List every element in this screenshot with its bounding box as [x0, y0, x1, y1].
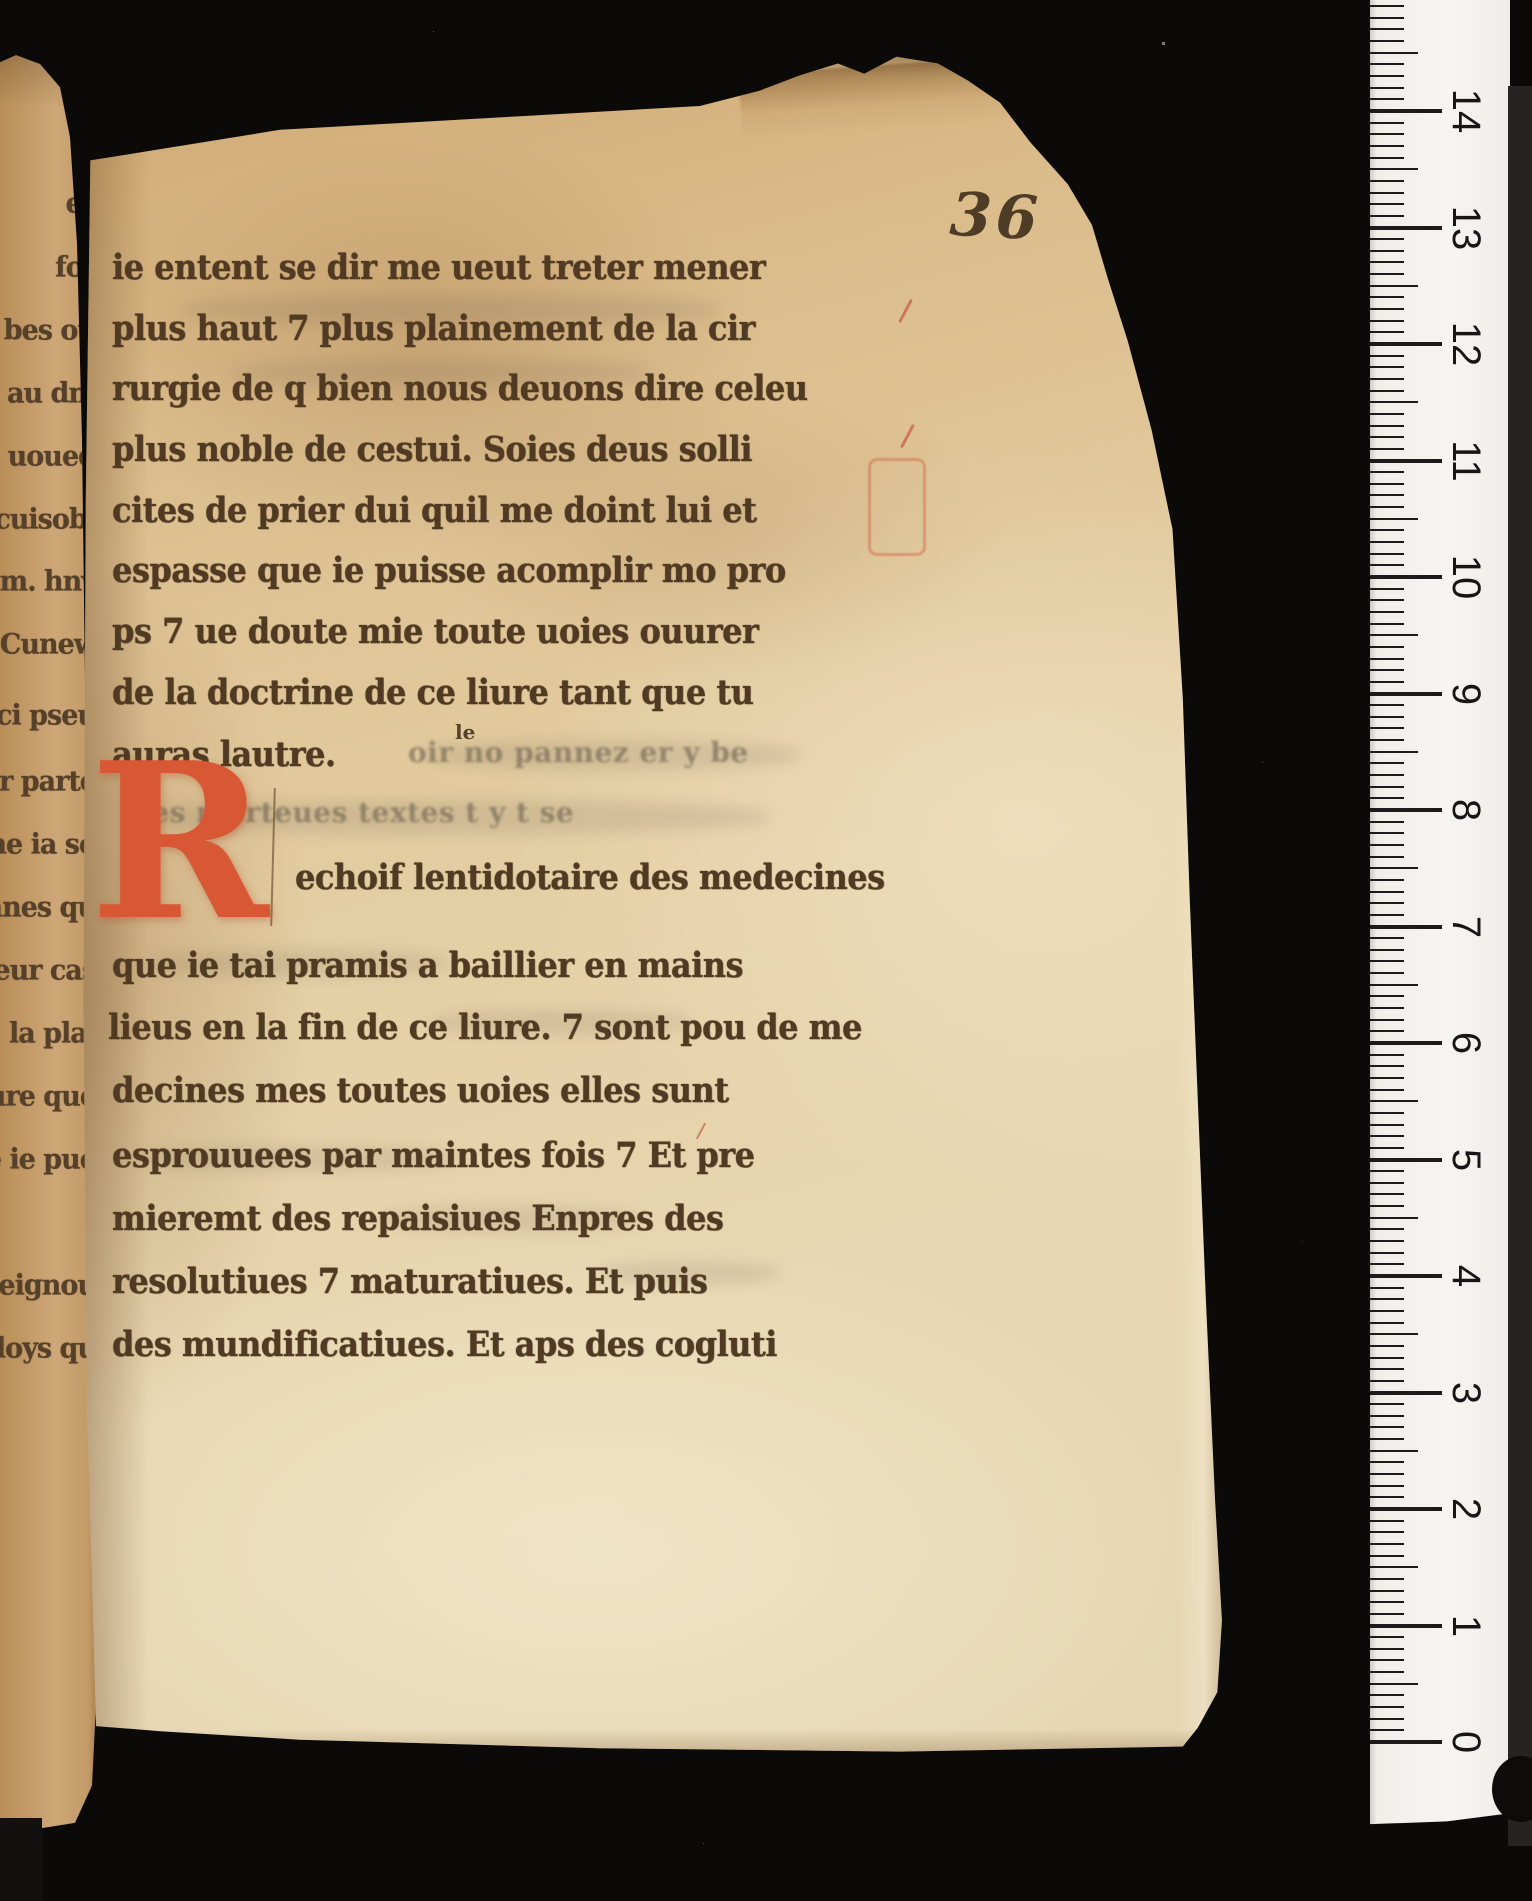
- ruler-mm-tick: [1370, 1007, 1404, 1009]
- ruler-mm-tick: [1370, 518, 1418, 520]
- ruler-mm-tick: [1370, 320, 1404, 322]
- ruler-mm-tick: [1370, 553, 1404, 555]
- ruler-mm-tick: [1370, 1100, 1418, 1102]
- ruler-mm-tick: [1370, 727, 1404, 729]
- ruler-mm-tick: [1370, 215, 1404, 217]
- ruler-mm-tick: [1370, 436, 1404, 438]
- ruler-number: 9: [1444, 672, 1488, 716]
- ruler-mm-tick: [1370, 448, 1404, 450]
- ruler-mm-tick: [1370, 1298, 1404, 1300]
- ruler-mm-tick: [1370, 1438, 1404, 1440]
- ruler-mm-tick: [1370, 1205, 1404, 1207]
- ruler-mm-tick: [1370, 1182, 1404, 1184]
- text-line: decines mes toutes uoies elles sunt: [112, 1069, 729, 1110]
- ruler-mm-tick: [1370, 40, 1404, 42]
- ruler-mm-tick: [1370, 17, 1404, 19]
- ruler-mm-tick: [1370, 122, 1404, 124]
- ruler-mm-tick: [1370, 157, 1404, 159]
- ruler-number: 13: [1444, 206, 1488, 250]
- decorated-initial-R: R: [90, 758, 269, 926]
- ruler-number: 6: [1444, 1021, 1488, 1065]
- previous-page-text-fragment: e loys qu: [0, 1332, 96, 1365]
- ruler-mm-tick: [1370, 1089, 1404, 1091]
- ruler-mm-tick: [1370, 972, 1404, 974]
- ruler-mm-tick: [1370, 425, 1404, 427]
- ruler-mm-tick: [1370, 261, 1404, 263]
- ruler-mm-tick: [1370, 1030, 1404, 1032]
- red-line-filler-mark: [898, 299, 913, 323]
- previous-page-text-fragment: e Cunew: [0, 628, 96, 661]
- ruler-mm-tick: [1370, 879, 1404, 881]
- ruler-cm-tick: [1370, 808, 1442, 812]
- ruler-cm-tick: [1370, 459, 1442, 463]
- ruler-mm-tick: [1370, 203, 1404, 205]
- ruler-mm-tick: [1370, 1310, 1404, 1312]
- ruler-mm-tick: [1370, 891, 1404, 893]
- ruler-mm-tick: [1370, 52, 1418, 54]
- ruler-mm-tick: [1370, 1380, 1404, 1382]
- ruler-cm-tick: [1370, 1624, 1442, 1628]
- ruler-mm-tick: [1370, 1217, 1418, 1219]
- ruler-mm-tick: [1370, 413, 1404, 415]
- ruler-mm-tick: [1370, 902, 1404, 904]
- ruler-mm-tick: [1370, 308, 1404, 310]
- ruler-mm-tick: [1370, 960, 1404, 962]
- interlinear-correction: le: [455, 720, 475, 744]
- dust-specks: [0, 0, 1, 1]
- ruler-mm-tick: [1370, 1450, 1418, 1452]
- ruler-number: 14: [1444, 89, 1488, 133]
- ruler-number: 12: [1444, 322, 1488, 366]
- ruler-mm-tick: [1370, 832, 1404, 834]
- ruler-mm-tick: [1370, 285, 1418, 287]
- ruler-mm-tick: [1370, 867, 1418, 869]
- ruler-mm-tick: [1370, 401, 1418, 403]
- ruler-mm-tick: [1370, 611, 1404, 613]
- ruler-mm-tick: [1370, 1019, 1404, 1021]
- ruler-mm-tick: [1370, 856, 1404, 858]
- ruler-mm-tick: [1370, 786, 1404, 788]
- ruler-mm-tick: [1370, 1578, 1404, 1580]
- ruler-mm-tick: [1370, 1426, 1404, 1428]
- ruler-mm-tick: [1370, 1636, 1404, 1638]
- ruler-mm-tick: [1370, 681, 1404, 683]
- ruler-cm-tick: [1370, 1158, 1442, 1162]
- ruler-cm-tick: [1370, 575, 1442, 579]
- ruler-mm-tick: [1370, 1613, 1404, 1615]
- ruler-backing-strip: [1508, 86, 1532, 1846]
- ruler-mm-tick: [1370, 1147, 1404, 1149]
- ruler-mm-tick: [1370, 192, 1404, 194]
- ruler-mm-tick: [1370, 1322, 1404, 1324]
- ruler-mm-tick: [1370, 483, 1404, 485]
- text-line: ps 7 ue doute mie toute uoies ouurer: [112, 610, 758, 651]
- manuscript-page: ie entent se dir me ueut treter menerplu…: [80, 55, 1230, 1755]
- ruler-mm-tick: [1370, 564, 1404, 566]
- ruler-mm-tick: [1370, 704, 1404, 706]
- ruler-cm-tick: [1370, 1391, 1442, 1395]
- ruler-mm-tick: [1370, 658, 1404, 660]
- ruler-mm-tick: [1370, 296, 1404, 298]
- previous-page-text-fragment: m uoued: [0, 440, 96, 473]
- ruler-mm-tick: [1370, 1590, 1404, 1592]
- ruler-mm-tick: [1370, 366, 1404, 368]
- ruler-mm-tick: [1370, 1555, 1404, 1557]
- ruler-mm-tick: [1370, 98, 1404, 100]
- ruler-mm-tick: [1370, 1531, 1404, 1533]
- ruler-mm-tick: [1370, 1403, 1404, 1405]
- ruler-number: 10: [1444, 555, 1488, 599]
- ruler-mm-tick: [1370, 995, 1404, 997]
- ruler-mm-tick: [1370, 739, 1404, 741]
- text-line: rurgie de q bien nous deuons dire celeu: [112, 367, 808, 408]
- ruler-mm-tick: [1370, 774, 1404, 776]
- ruler-mm-tick: [1370, 1054, 1404, 1056]
- ruler-cm-tick: [1370, 925, 1442, 929]
- ruler-mm-tick: [1370, 914, 1404, 916]
- ruler: 01234567891011121314: [1370, 0, 1510, 1826]
- ruler-mm-tick: [1370, 599, 1404, 601]
- ruler-cm-tick: [1370, 1274, 1442, 1278]
- previous-page-text-fragment: ure que: [0, 1080, 96, 1113]
- ruler-mm-tick: [1370, 821, 1404, 823]
- ruler-mm-tick: [1370, 1124, 1404, 1126]
- ruler-mm-tick: [1370, 331, 1404, 333]
- previous-page-text-fragment: n leur cas: [0, 954, 96, 987]
- ruler-mm-tick: [1370, 355, 1404, 357]
- previous-page-text-fragment: e cuisobi: [0, 503, 96, 536]
- red-margin-scribble: [868, 458, 926, 556]
- ruler-cm-tick: [1370, 1507, 1442, 1511]
- text-line: cites de prier dui quil me doint lui et: [112, 489, 756, 530]
- ruler-mm-tick: [1370, 1252, 1404, 1254]
- ruler-mm-tick: [1370, 1683, 1418, 1685]
- text-line: de la doctrine de ce liure tant que tu: [112, 671, 753, 712]
- ruler-mm-tick: [1370, 1193, 1404, 1195]
- ruler-mm-tick: [1370, 1485, 1404, 1487]
- ruler-number: 1: [1444, 1604, 1488, 1648]
- ruler-mm-tick: [1370, 168, 1418, 170]
- ruler-mm-tick: [1370, 623, 1404, 625]
- ruler-mm-tick: [1370, 984, 1418, 986]
- ruler-mm-tick: [1370, 494, 1404, 496]
- red-line-filler-mark: [900, 424, 915, 448]
- ruler-mm-tick: [1370, 1648, 1404, 1650]
- ruler-cm-tick: [1370, 342, 1442, 346]
- previous-page-text-fragment: seignou: [0, 1269, 96, 1302]
- previous-page-text-fragment: nnes qu: [0, 891, 96, 924]
- ruler-mm-tick: [1370, 1240, 1404, 1242]
- ruler-mm-tick: [1370, 75, 1404, 77]
- photo-background: esforbes ougle au dmm uouede cuisobipm. …: [0, 0, 1532, 1901]
- ruler-mm-tick: [1370, 1357, 1404, 1359]
- ruler-mm-tick: [1370, 588, 1404, 590]
- ruler-cm-tick: [1370, 109, 1442, 113]
- previous-page-text-fragment: ir parte: [0, 765, 96, 798]
- ruler-mm-tick: [1370, 949, 1404, 951]
- ruler-number: 11: [1444, 439, 1488, 483]
- ruler-mm-tick: [1370, 1659, 1404, 1661]
- ruler-mm-tick: [1370, 238, 1404, 240]
- previous-page-text-fragment: me ia so: [0, 828, 96, 861]
- text-line: mieremt des repaisiues Enpres des: [112, 1197, 723, 1238]
- bottom-left-strip: [0, 1818, 42, 1901]
- ruler-mm-tick: [1370, 1287, 1404, 1289]
- text-line: esprouuees par maintes fois 7 Et pre: [112, 1134, 755, 1175]
- ruler-mm-tick: [1370, 716, 1404, 718]
- previous-page-text-fragment: bes ou: [4, 314, 96, 347]
- previous-page-text-fragment: pm. hnv: [0, 565, 96, 598]
- ruler-mm-tick: [1370, 145, 1404, 147]
- ruler-number: 2: [1444, 1487, 1488, 1531]
- ruler-mm-tick: [1370, 937, 1404, 939]
- previous-page-text-fragment: es ci pseu: [0, 699, 96, 732]
- text-line: resolutiues 7 maturatiues. Et puis: [112, 1260, 707, 1301]
- ruler-mm-tick: [1370, 250, 1404, 252]
- ruler-mm-tick: [1370, 1135, 1404, 1137]
- ruler-number: 3: [1444, 1371, 1488, 1415]
- ruler-mm-tick: [1370, 5, 1404, 7]
- text-line: lieus en la fin de ce liure. 7 sont pou …: [108, 1006, 862, 1047]
- text-line: plus noble de cestui. Soies deus solli: [112, 428, 752, 469]
- ruler-mm-tick: [1370, 273, 1404, 275]
- ruler-mm-tick: [1370, 1718, 1404, 1720]
- text-line: espasse que ie puisse acomplir mo pro: [112, 549, 786, 590]
- ruler-mm-tick: [1370, 1694, 1404, 1696]
- ruler-mm-tick: [1370, 541, 1404, 543]
- ruler-cm-tick: [1370, 226, 1442, 230]
- ruler-mm-tick: [1370, 1345, 1404, 1347]
- ruler-mm-tick: [1370, 471, 1404, 473]
- ruler-mm-tick: [1370, 1263, 1404, 1265]
- ruler-mm-tick: [1370, 1077, 1404, 1079]
- ruler-mm-tick: [1370, 1065, 1404, 1067]
- ruler-mm-tick: [1370, 1461, 1404, 1463]
- ruler-number: 4: [1444, 1254, 1488, 1298]
- ruler-mm-tick: [1370, 844, 1404, 846]
- ruler-mm-tick: [1370, 634, 1418, 636]
- ruler-mm-tick: [1370, 1566, 1418, 1568]
- ruler-mm-tick: [1370, 506, 1404, 508]
- ruler-mm-tick: [1370, 133, 1404, 135]
- ruler-mm-tick: [1370, 529, 1404, 531]
- text-line: des mundificatiues. Et aps des cogluti: [112, 1323, 777, 1364]
- ruler-number: 8: [1444, 788, 1488, 832]
- ruler-number: 5: [1444, 1138, 1488, 1182]
- ruler-mm-tick: [1370, 1706, 1404, 1708]
- ruler-number: 0: [1444, 1720, 1488, 1764]
- text-line: ie entent se dir me ueut treter mener: [112, 246, 765, 287]
- ruler-number: 7: [1444, 905, 1488, 949]
- ruler-cm-tick: [1370, 692, 1442, 696]
- ruler-mm-tick: [1370, 1333, 1418, 1335]
- ruler-mm-tick: [1370, 1520, 1404, 1522]
- ruler-mm-tick: [1370, 762, 1404, 764]
- ruler-mm-tick: [1370, 87, 1404, 89]
- ruler-mm-tick: [1370, 1496, 1404, 1498]
- previous-page-text-fragment: se ie pue: [0, 1143, 96, 1176]
- ruler-mm-tick: [1370, 1228, 1404, 1230]
- ruler-mm-tick: [1370, 63, 1404, 65]
- ruler-mm-tick: [1370, 378, 1404, 380]
- ruler-mm-tick: [1370, 1671, 1404, 1673]
- previous-page-text-fragment: gle au dm: [0, 377, 96, 410]
- ruler-mm-tick: [1370, 28, 1404, 30]
- ruler-mm-tick: [1370, 390, 1404, 392]
- ruler-mm-tick: [1370, 669, 1404, 671]
- folio-number: 36: [948, 180, 1043, 255]
- ruler-cm-tick: [1370, 1740, 1442, 1744]
- ruler-cm-tick: [1370, 1041, 1442, 1045]
- text-line: echoif lentidotaire des medecines: [295, 856, 885, 897]
- ruler-mm-tick: [1370, 1415, 1404, 1417]
- ruler-mm-tick: [1370, 1368, 1404, 1370]
- ruler-mm-tick: [1370, 1543, 1404, 1545]
- text-line: plus haut 7 plus plainement de la cir: [112, 307, 755, 348]
- ruler-mm-tick: [1370, 180, 1404, 182]
- ruler-mm-tick: [1370, 1112, 1404, 1114]
- ruler-mm-tick: [1370, 1729, 1404, 1731]
- previous-page-text-fragment: la plai: [9, 1017, 96, 1050]
- ruler-mm-tick: [1370, 1170, 1404, 1172]
- ruler-mm-tick: [1370, 751, 1418, 753]
- ruler-mm-tick: [1370, 1601, 1404, 1603]
- ruler-mm-tick: [1370, 646, 1404, 648]
- ruler-mm-tick: [1370, 1473, 1404, 1475]
- ruler-mm-tick: [1370, 797, 1404, 799]
